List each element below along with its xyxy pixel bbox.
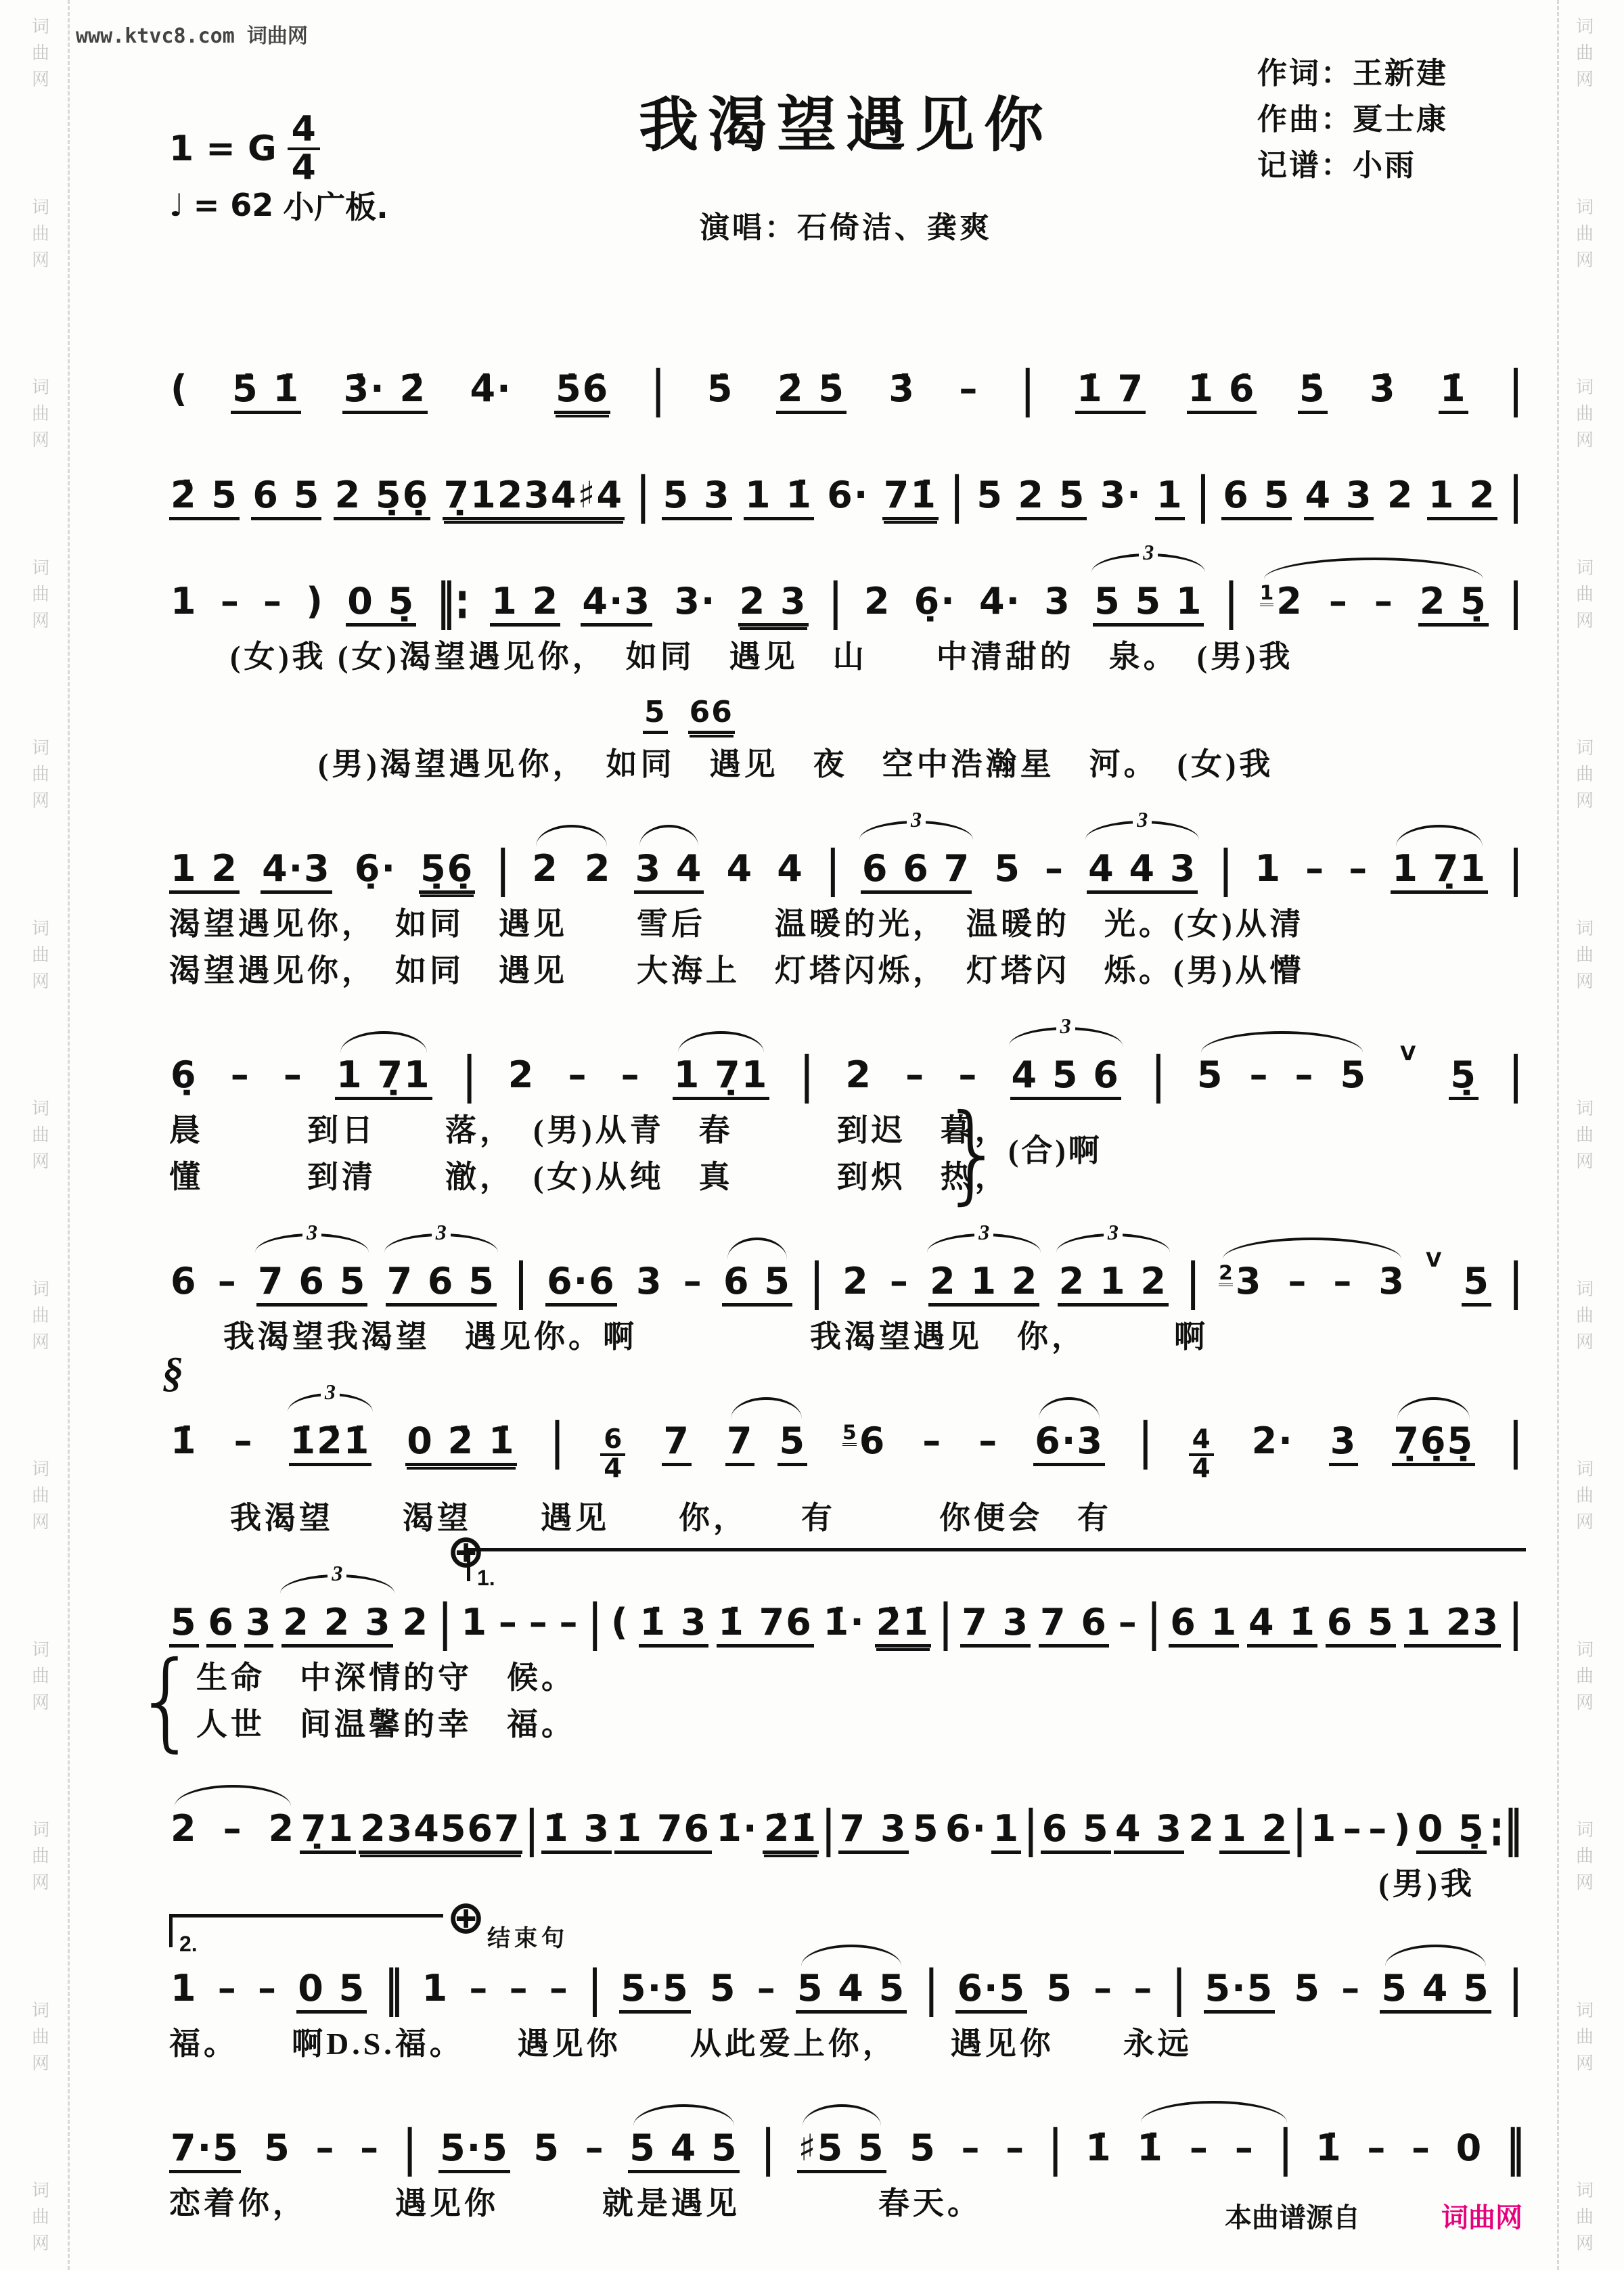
note: 5: [1196, 1057, 1225, 1093]
note-text: –: [959, 371, 978, 407]
note-text: 1̇: [1315, 2130, 1343, 2166]
note-text: 1̇: [1440, 371, 1467, 407]
barline: |: [924, 1959, 938, 2017]
note: (: [169, 371, 190, 407]
note-text: –: [621, 1057, 641, 1093]
note: 5: [975, 477, 1005, 514]
barline: |: [829, 572, 842, 630]
note: –: [1342, 1811, 1364, 1847]
note: 5: [708, 1970, 738, 2007]
sheet-page: { "page":{"background":"#fdfdfb","brand_…: [0, 0, 1624, 2270]
barline: |: [1219, 840, 1233, 897]
slur-group: 22: [531, 850, 612, 887]
barline: |: [637, 466, 650, 524]
note-text: –: [683, 1263, 703, 1300]
barline: |: [1509, 840, 1522, 897]
note-text: 6: [171, 1263, 198, 1300]
slur-arc: [801, 1945, 901, 1966]
slur-group: 2–2: [169, 1811, 296, 1847]
note: 6·: [826, 477, 870, 514]
note-text: 5: [1197, 1057, 1224, 1093]
note: 66: [688, 698, 735, 734]
side-watermark: 词 曲 网: [1564, 1276, 1605, 1355]
barline: |: [1152, 1046, 1165, 1104]
note: –: [960, 2130, 982, 2166]
note: 1: [169, 1970, 199, 2007]
note: 1̇ 6̇: [1187, 371, 1257, 414]
note-text: –: [1341, 1970, 1361, 2007]
triplet-number: 3: [1133, 807, 1152, 840]
note-text: 1: [171, 583, 198, 620]
note-text: 2: [171, 1811, 198, 1847]
note-text: 5: [1463, 1263, 1490, 1300]
composer-credit: 作曲：夏士康: [1257, 97, 1448, 143]
side-watermark: 词 曲 网: [20, 735, 61, 814]
volta-label: 2.: [173, 1929, 198, 1957]
note: 5: [263, 2130, 292, 2166]
music-line: 2–27̣1234567|1̇ 31̇ 761̇·2̇1̇|7 356·1|6 …: [169, 1807, 1522, 1854]
note: 1: [1155, 477, 1185, 520]
header: 我渴望遇见你 1 = G 4 4 ♩ = 62 小广板. 演唱：石倚洁、龚爽 作…: [169, 37, 1522, 308]
note-text: 6 5: [1327, 1604, 1395, 1641]
section-label: 结束句: [487, 1920, 568, 1953]
side-watermark: 词 曲 网: [20, 1997, 61, 2076]
note-text: 0 2̇ 1̇: [407, 1423, 515, 1459]
note-text: 5: [1046, 1970, 1073, 2007]
music-line: ⊕1.5632 2 332|1–––|(1̇ 31̇ 761̇·2̇1̇|7 3…: [169, 1601, 1522, 1648]
note: 7 3: [838, 1811, 909, 1854]
note: –: [1366, 2130, 1388, 2166]
note-text: 1̇ 3: [640, 1604, 708, 1641]
note: 5: [532, 2130, 562, 2166]
note-text: 0 5̣: [1418, 1811, 1485, 1847]
note-text: 2 5̣6̣: [335, 477, 430, 514]
side-watermark: 词 曲 网: [20, 915, 61, 995]
note: 2 5: [1016, 477, 1087, 520]
note: 56: [841, 1423, 887, 1459]
note: –: [1092, 1970, 1114, 2007]
note: 5 4 5: [796, 1970, 907, 2014]
source-brand: 词曲网: [1441, 2196, 1522, 2235]
lyrics-block: 渴望遇见你， 如同 遇见 雪后 温暖的光， 温暖的 光。(女)从清渴望遇见你， …: [169, 901, 1522, 994]
note: 1 1̇: [744, 477, 814, 520]
note-text: 2: [1188, 1811, 1215, 1847]
lyrics-brace: }: [941, 1100, 1005, 1207]
note-text: –: [529, 1604, 549, 1641]
note-text: 6: [208, 1604, 235, 1641]
slur-group: 12––2 5̣: [1259, 583, 1489, 627]
note-text: –: [1006, 2130, 1025, 2166]
note-text: 2: [508, 1057, 535, 1093]
note: 1̇2̇1̇3: [289, 1423, 372, 1466]
music-line: (5̇ 1̇3̇· 2̇4̇·5̇6̇|5̇2̇ 5̇3̇–|1̇ 71̇ 6̇…: [169, 367, 1522, 414]
triplet-bracket: 3: [927, 1233, 1041, 1252]
note: 2̇1̇: [875, 1604, 931, 1648]
music-line: 1––)0 5̣‖:1 24·33·2 3|26̣·4·35 5 13|12––…: [169, 580, 1522, 627]
side-watermark: 词 曲 网: [1564, 14, 1605, 93]
note: 0 5: [296, 1970, 367, 2014]
note-text: 6 5: [1042, 1811, 1110, 1847]
note-text: 7̣1234♯4: [444, 477, 624, 514]
note: 4·: [978, 583, 1022, 620]
note: 7̣1234♯4: [443, 477, 625, 520]
lyrics-line: 我渴望 渴望 遇见 你， 有 你便会 有: [169, 1495, 1522, 1541]
note: 6̣: [169, 1057, 199, 1093]
lyrics-block: }(合)啊晨 到日 落， (男)从青 春 到迟 暮，懂 到清 澈， (女)从纯 …: [169, 1107, 1522, 1200]
note-text: 5: [1294, 1970, 1321, 2007]
note: 5 4 5: [1380, 1970, 1491, 2014]
note: –: [558, 1604, 581, 1641]
note-text: –: [1333, 1263, 1353, 1300]
note-text: 1: [461, 1604, 488, 1641]
note-text: 5̇ 1̇: [232, 371, 300, 407]
note-text: V: [1426, 1250, 1443, 1271]
note: 1: [1309, 1811, 1339, 1847]
note: 2 2 33: [281, 1604, 392, 1648]
note: –: [262, 583, 284, 620]
note: –: [468, 1970, 490, 2007]
note: –: [1304, 850, 1326, 887]
key-label: 1 = G: [169, 129, 277, 169]
note-text: 4 1̇: [1248, 1604, 1316, 1641]
barline: |: [438, 1593, 452, 1651]
note: 6·3: [1033, 1423, 1105, 1466]
triplet-bracket: 3: [1091, 553, 1205, 572]
note-text: 5 3: [663, 477, 731, 514]
barline: |: [588, 1593, 602, 1651]
coda-icon: ⊕: [447, 1891, 485, 1945]
triplet-number: 3: [1056, 1014, 1075, 1046]
side-watermark: 词 曲 网: [20, 2177, 61, 2256]
note: 5·5: [619, 1970, 691, 2014]
lyrics-block: (男)渴望遇见你， 如同 遇见 夜 空中浩瀚星 河。 (女)我: [169, 741, 1522, 788]
note-text: 7 3: [840, 1811, 907, 1847]
note-text: –: [1329, 583, 1349, 620]
triplet-bracket: 3: [1009, 1027, 1123, 1046]
note: –: [256, 1970, 279, 2007]
note-text: –: [568, 1057, 587, 1093]
note: 5·5: [1204, 1970, 1276, 2014]
note-text: 1 23: [1405, 1604, 1500, 1641]
note: 1 7̣1: [335, 1057, 432, 1100]
lyrics-brace: {: [134, 1648, 198, 1754]
note-text: 6·5: [957, 1970, 1026, 2007]
source-prefix: 本曲谱源自: [1225, 2196, 1360, 2235]
barline: |: [588, 1959, 602, 2017]
note-text: 1̇: [1085, 2130, 1112, 2166]
note: –: [1410, 2130, 1433, 2166]
volta-bracket: 2.: [169, 1914, 443, 1947]
note-text: 3·: [674, 583, 716, 620]
note: ♯5 5: [797, 2130, 886, 2173]
systems: (5̇ 1̇3̇· 2̇4̇·5̇6̇|5̇2̇ 5̇3̇–|1̇ 71̇ 6̇…: [169, 367, 1522, 2227]
note-text: 6 6 7: [862, 850, 970, 887]
sheet-content: 我渴望遇见你 1 = G 4 4 ♩ = 62 小广板. 演唱：石倚洁、龚爽 作…: [169, 37, 1522, 2236]
note: 5̣: [1449, 1057, 1479, 1100]
side-watermark: 词 曲 网: [1564, 555, 1605, 634]
note: 5̇6̇: [554, 371, 610, 414]
music-line: 6–7 6 537 6 53|6·63–6 5|2–2 1 232 1 23|2…: [169, 1260, 1522, 1307]
note: 1 7̣1: [673, 1057, 770, 1100]
note: 5: [993, 850, 1022, 887]
note-text: 5̇: [707, 371, 734, 407]
side-watermark: 词 曲 网: [1564, 194, 1605, 273]
note-text: –: [1249, 1057, 1269, 1093]
note-text: –: [549, 1970, 569, 2007]
note: –: [233, 1423, 255, 1459]
lyrics-block: 福。 啊D.S.福。 遇见你 从此爱上你， 遇见你 永远: [169, 2020, 1522, 2067]
note-text: –: [1190, 2130, 1209, 2166]
music-line: 2̇ 56 52 5̣6̣7̣1234♯4|5 31 1̇6·71̇|52 53…: [169, 474, 1522, 520]
note: 1̇ 3: [541, 1811, 612, 1854]
lyrics-line: 渴望遇见你， 如同 遇见 大海上 灯塔闪烁， 灯塔闪 烁。(男)从懵: [169, 947, 1522, 994]
note-text: 5: [644, 698, 667, 727]
note-text: –: [499, 1604, 518, 1641]
meter-numerator: 4: [1189, 1427, 1214, 1456]
side-watermark: 词 曲 网: [1564, 1637, 1605, 1716]
note: 5̣6̣: [419, 850, 475, 894]
note-text: 2: [585, 850, 612, 887]
credits: 作词：王新建 作曲：夏士康 记谱：小雨: [1257, 51, 1448, 189]
slur-group: 6·3: [1033, 1423, 1105, 1466]
note: 7·5: [169, 2130, 241, 2173]
note-text: 6: [859, 1423, 886, 1459]
note-text: (: [171, 371, 189, 407]
note-text: 5: [264, 2130, 291, 2166]
note-text: 3·: [1100, 477, 1142, 514]
slur-group: 5 4 5: [628, 2130, 739, 2173]
note: –: [957, 371, 980, 407]
note: 5 3: [662, 477, 732, 520]
note: 1̇: [1135, 2130, 1165, 2166]
barline: |: [1049, 2119, 1062, 2177]
note: 4·3: [261, 850, 332, 894]
note-text: 7·5: [171, 2130, 240, 2166]
grace-note: 5: [842, 1423, 857, 1446]
side-watermark: 词 曲 网: [20, 1276, 61, 1355]
side-watermark: 词 曲 网: [1564, 374, 1605, 453]
note: 7 6 53: [386, 1263, 497, 1307]
note-text: 4 3: [1305, 477, 1373, 514]
note-text: 2 1 2: [1059, 1263, 1167, 1300]
note: 1: [1253, 850, 1283, 887]
note-text: 2: [845, 1057, 872, 1093]
note: 2: [1386, 477, 1416, 514]
side-watermark: 词 曲 网: [20, 194, 61, 273]
barline: ‖:: [436, 572, 470, 630]
side-watermark: 词 曲 网: [20, 374, 61, 453]
note: –: [359, 2130, 381, 2166]
note: 4·3: [581, 583, 652, 627]
note: 4̇·: [469, 371, 514, 407]
note-text: 1: [1311, 1811, 1338, 1847]
note-text: 7̣1: [301, 1811, 355, 1847]
note: 5: [777, 1423, 807, 1466]
note: 1̇ 7: [1075, 371, 1146, 414]
triplet-bracket: 3: [859, 821, 973, 840]
note-text: 1: [1156, 477, 1183, 514]
performer-line: 演唱：石倚洁、龚爽: [169, 203, 1522, 246]
note: –: [217, 1970, 239, 2007]
grace-note: 2: [1219, 1263, 1233, 1286]
right-watermark-column: 词 曲 网词 曲 网词 曲 网词 曲 网词 曲 网词 曲 网词 曲 网词 曲 网…: [1564, 14, 1605, 2256]
note: 1 2: [1427, 477, 1497, 520]
slur-arc: [727, 1238, 787, 1259]
note-text: –: [890, 1263, 909, 1300]
meter-denominator: 4: [292, 150, 316, 186]
note-text: –: [316, 2130, 336, 2166]
note: 5̇ 1̇: [231, 371, 301, 414]
note: 1: [991, 1811, 1021, 1854]
note: 2 5̣: [1418, 583, 1489, 627]
note: 6·5: [955, 1970, 1027, 2014]
note-text: 1̇: [1137, 2130, 1164, 2166]
note-text: 6 5: [252, 477, 320, 514]
slur-arc: [536, 825, 607, 846]
note-text: 2 1 2: [930, 1263, 1038, 1300]
note-text: –: [1412, 2130, 1431, 2166]
note-text: ♯5 5: [798, 2130, 885, 2166]
note-text: 6 5: [1223, 477, 1290, 514]
note-text: –: [978, 1423, 998, 1459]
note-text: 2 5̣: [1420, 583, 1487, 620]
note: 1̇ 76: [717, 1604, 814, 1648]
barline: |: [525, 1800, 539, 1857]
side-watermark: 词 曲 网: [1564, 735, 1605, 814]
volta-bracket: 1.: [467, 1548, 1526, 1581]
note-text: 6·: [827, 477, 869, 514]
note: –: [222, 1811, 244, 1847]
note-text: 1̇·: [824, 1604, 865, 1641]
note: 1̇·: [715, 1811, 759, 1847]
note-text: 3̇: [888, 371, 916, 407]
barline: |: [1225, 572, 1238, 630]
note: 5: [1292, 1970, 1322, 2007]
note-text: –: [585, 2130, 605, 2166]
note-text: –: [1093, 1970, 1113, 2007]
note-text: 4 4 3: [1088, 850, 1196, 887]
barline: |: [1148, 1593, 1161, 1651]
note-text: 1̇2̇1̇: [290, 1423, 371, 1459]
note-text: 1: [993, 1811, 1020, 1847]
note-text: 1 2: [1428, 477, 1496, 514]
slur-group: 7̣6̣5̣: [1392, 1423, 1475, 1466]
note: –: [1234, 2130, 1256, 2166]
barline: |: [1509, 466, 1522, 524]
note-text: 1̇ 76: [616, 1811, 710, 1847]
note: –: [566, 1057, 589, 1093]
note-text: 5: [1340, 1057, 1367, 1093]
note: 3 4: [634, 850, 704, 894]
note: 2̇ 5̇: [776, 371, 847, 414]
note-text: 5: [909, 2130, 937, 2166]
note-text: 1 1̇: [745, 477, 813, 514]
barline: |: [950, 466, 964, 524]
note-text: 2: [1276, 583, 1303, 620]
note-text: 3: [1330, 1423, 1357, 1459]
note-text: 2̇ 5̇: [777, 371, 845, 407]
note: –: [1332, 1263, 1354, 1300]
note: 4 1̇: [1247, 1604, 1317, 1648]
note: –: [682, 1263, 704, 1300]
note-text: 2: [1387, 477, 1414, 514]
lyrics-block: (男)我: [169, 1861, 1522, 1907]
note-text: 3̇· 2̇: [344, 371, 426, 407]
barline: |: [810, 1252, 824, 1310]
side-watermark: 词 曲 网: [1564, 1456, 1605, 1535]
note-text: –: [922, 1423, 942, 1459]
note: –: [620, 1057, 642, 1093]
triplet-number: 3: [974, 1220, 993, 1252]
time-signature: 4 4: [288, 112, 320, 186]
note: ): [1393, 1811, 1414, 1847]
note-text: 2 2 3: [283, 1604, 391, 1641]
barline: |: [939, 1593, 953, 1651]
note: 2: [1187, 1811, 1217, 1847]
note: –: [315, 2130, 337, 2166]
lyrics-block: (女)我 (女)渴望遇见你， 如同 遇见 山 中清甜的 泉。 (男)我: [169, 633, 1522, 680]
note-text: 1: [1255, 850, 1282, 887]
note: 1 2: [1219, 1811, 1290, 1854]
note-text: 3 4: [635, 850, 703, 887]
note-text: 1: [171, 1970, 198, 2007]
note-text: 4: [727, 850, 754, 887]
note: 6·: [944, 1811, 989, 1847]
note-text: 7 6: [1040, 1604, 1108, 1641]
note: 2̇ 5: [169, 477, 240, 520]
note: –: [528, 1604, 550, 1641]
slur-group: 5––5: [1196, 1057, 1368, 1093]
note: 6 5: [1041, 1811, 1111, 1854]
note: 234567: [359, 1811, 522, 1854]
side-watermark: 词 曲 网: [1564, 915, 1605, 995]
note-text: 4̇·: [470, 371, 512, 407]
note-text: 71̇: [884, 477, 937, 514]
note-text: 4·: [979, 583, 1021, 620]
note: 1 2: [490, 583, 560, 627]
note: 2: [531, 850, 560, 887]
note-text: 2: [864, 583, 891, 620]
note-text: 1̇·: [716, 1811, 758, 1847]
barline: |: [1509, 1959, 1522, 2017]
note-text: 4·3: [262, 850, 331, 887]
triplet-bracket: 3: [384, 1233, 498, 1252]
note-text: –: [1374, 583, 1394, 620]
note-text: 4 3: [1115, 1811, 1183, 1847]
side-watermark: 词 曲 网: [20, 1095, 61, 1175]
triplet-number: 3: [302, 1220, 321, 1252]
note-text: –: [469, 1970, 489, 2007]
side-watermark: 词 曲 网: [20, 1817, 61, 1896]
note: (: [610, 1604, 631, 1641]
note: 1̇: [1084, 2130, 1114, 2166]
slur-group: 1̇––|: [1135, 2127, 1292, 2169]
note-text: 1̇ 76: [718, 1604, 813, 1641]
note-text: 6·: [945, 1811, 987, 1847]
slur-group: 5 4 5: [1380, 1970, 1491, 2014]
note-text: 5̇: [1299, 371, 1326, 407]
note: 5 4 5: [628, 2130, 739, 2173]
note-text: 6̣·: [355, 850, 397, 887]
note-text: –: [1045, 850, 1064, 887]
side-watermark: 词 曲 网: [1564, 1997, 1605, 2076]
right-margin-divider: [1557, 0, 1559, 2270]
slur-arc: [1397, 1397, 1470, 1419]
barline: |: [761, 2119, 775, 2177]
note: 6·6: [545, 1263, 617, 1307]
note-text: 2 5: [1018, 477, 1085, 514]
note: 0 5̣: [1416, 1811, 1487, 1854]
